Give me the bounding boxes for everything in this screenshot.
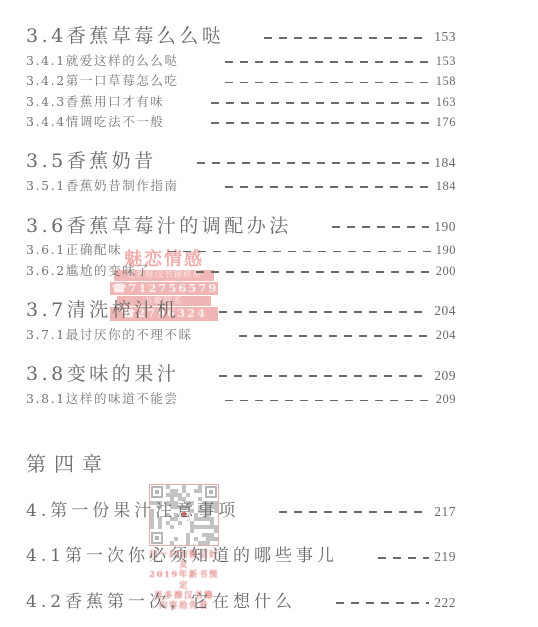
- dash-leader: [225, 186, 431, 188]
- dash-leader: [196, 271, 430, 273]
- page-number: 184: [434, 155, 456, 171]
- page-number: 153: [436, 54, 456, 68]
- toc-row: 3.5香蕉奶昔184: [26, 151, 456, 173]
- toc-row: 3.4.4情调吃法不一般176: [26, 115, 456, 129]
- toc-entry-title: 第四章: [26, 453, 110, 476]
- toc-row: 3.7.1最讨厌你的不理不睬204: [26, 328, 456, 342]
- toc-entry-title: 4.1第一次你必须知道的哪些事儿: [26, 547, 338, 567]
- page-number: 158: [436, 74, 456, 88]
- toc-entry-title: 3.7清洗榨汁机: [26, 300, 179, 322]
- toc-entry-title: 3.4.4情调吃法不一般: [26, 115, 165, 129]
- dash-leader: [197, 162, 430, 164]
- toc-row: 3.7清洗榨汁机204: [26, 300, 456, 322]
- toc-row: 3.4.2第一口草莓怎么吃158: [26, 74, 456, 88]
- toc-row: 3.8变味的果汁209: [26, 364, 456, 386]
- toc-entry-title: 3.7.1最讨厌你的不理不睬: [26, 328, 193, 342]
- toc-entry-title: 3.4.3香蕉用口才有味: [26, 95, 165, 109]
- toc-row: 3.6.1正确配味190: [26, 243, 456, 257]
- page-number: 204: [434, 303, 456, 319]
- page-number: 190: [436, 243, 456, 257]
- page-number: 204: [436, 328, 456, 342]
- toc-entry-title: 3.4.1就爱这样的么么哒: [26, 54, 179, 68]
- toc-entry-title: 3.4香蕉草莓么么哒: [26, 26, 224, 48]
- dash-leader: [225, 400, 431, 402]
- dash-leader: [332, 226, 430, 228]
- page-number: 209: [434, 368, 456, 384]
- dash-leader: [219, 311, 429, 313]
- page-number: 200: [436, 264, 456, 278]
- dash-leader: [264, 37, 429, 39]
- toc-row: 3.6.2尴尬的变味了200: [26, 264, 456, 278]
- dash-leader: [219, 375, 429, 377]
- page-number: 176: [436, 115, 456, 129]
- dash-leader: [211, 102, 431, 104]
- toc-entry-title: 3.6香蕉草莓汁的调配办法: [26, 216, 292, 238]
- page-number: 209: [436, 392, 456, 406]
- dash-leader: [168, 251, 431, 253]
- toc-row: 3.6香蕉草莓汁的调配办法190: [26, 216, 456, 238]
- toc-row: 3.4.3香蕉用口才有味163: [26, 95, 456, 109]
- toc-entry-title: 4.2香蕉第一次，它在想什么: [26, 593, 296, 613]
- dash-leader: [336, 602, 429, 604]
- toc-entry-title: 3.8.1这样的味道不能尝: [26, 392, 179, 406]
- toc-row: 4.2香蕉第一次，它在想什么222: [26, 593, 456, 613]
- dash-leader: [378, 557, 429, 559]
- page-number: 163: [436, 95, 456, 109]
- toc-row: 3.4香蕉草莓么么哒153: [26, 26, 456, 48]
- page-number: 153: [434, 29, 456, 45]
- toc-entry-title: 3.4.2第一口草莓怎么吃: [26, 74, 179, 88]
- toc-entry-title: 3.6.2尴尬的变味了: [26, 264, 150, 278]
- dash-leader: [211, 122, 431, 124]
- toc-entry-title: 3.5香蕉奶昔: [26, 151, 157, 173]
- page-number: 217: [434, 504, 456, 520]
- table-of-contents: 3.4香蕉草莓么么哒1533.4.1就爱这样的么么哒1533.4.2第一口草莓怎…: [26, 24, 456, 612]
- toc-entry-title: 3.8变味的果汁: [26, 364, 179, 386]
- dash-leader: [225, 61, 431, 63]
- toc-entry-title: 4.第一份果汁注意事项: [26, 502, 239, 522]
- page-number: 219: [434, 549, 456, 565]
- toc-row: 4.1第一次你必须知道的哪些事儿219: [26, 547, 456, 567]
- document-page: { "page": { "background": "#ffffff", "te…: [0, 0, 538, 627]
- toc-row: 3.5.1香蕉奶昔制作指南184: [26, 179, 456, 193]
- toc-entry-title: 3.5.1香蕉奶昔制作指南: [26, 179, 179, 193]
- toc-row: 4.第一份果汁注意事项217: [26, 502, 456, 522]
- toc-row: 3.4.1就爱这样的么么哒153: [26, 54, 456, 68]
- dash-leader: [239, 335, 431, 337]
- page-number: 222: [434, 595, 456, 611]
- toc-row: 3.8.1这样的味道不能尝209: [26, 392, 456, 406]
- toc-entry-title: 3.6.1正确配味: [26, 243, 122, 257]
- toc-row: 第四章: [26, 453, 456, 476]
- dash-leader: [225, 82, 431, 84]
- page-number: 184: [436, 179, 456, 193]
- page-number: 190: [434, 219, 456, 235]
- dash-leader: [279, 511, 429, 513]
